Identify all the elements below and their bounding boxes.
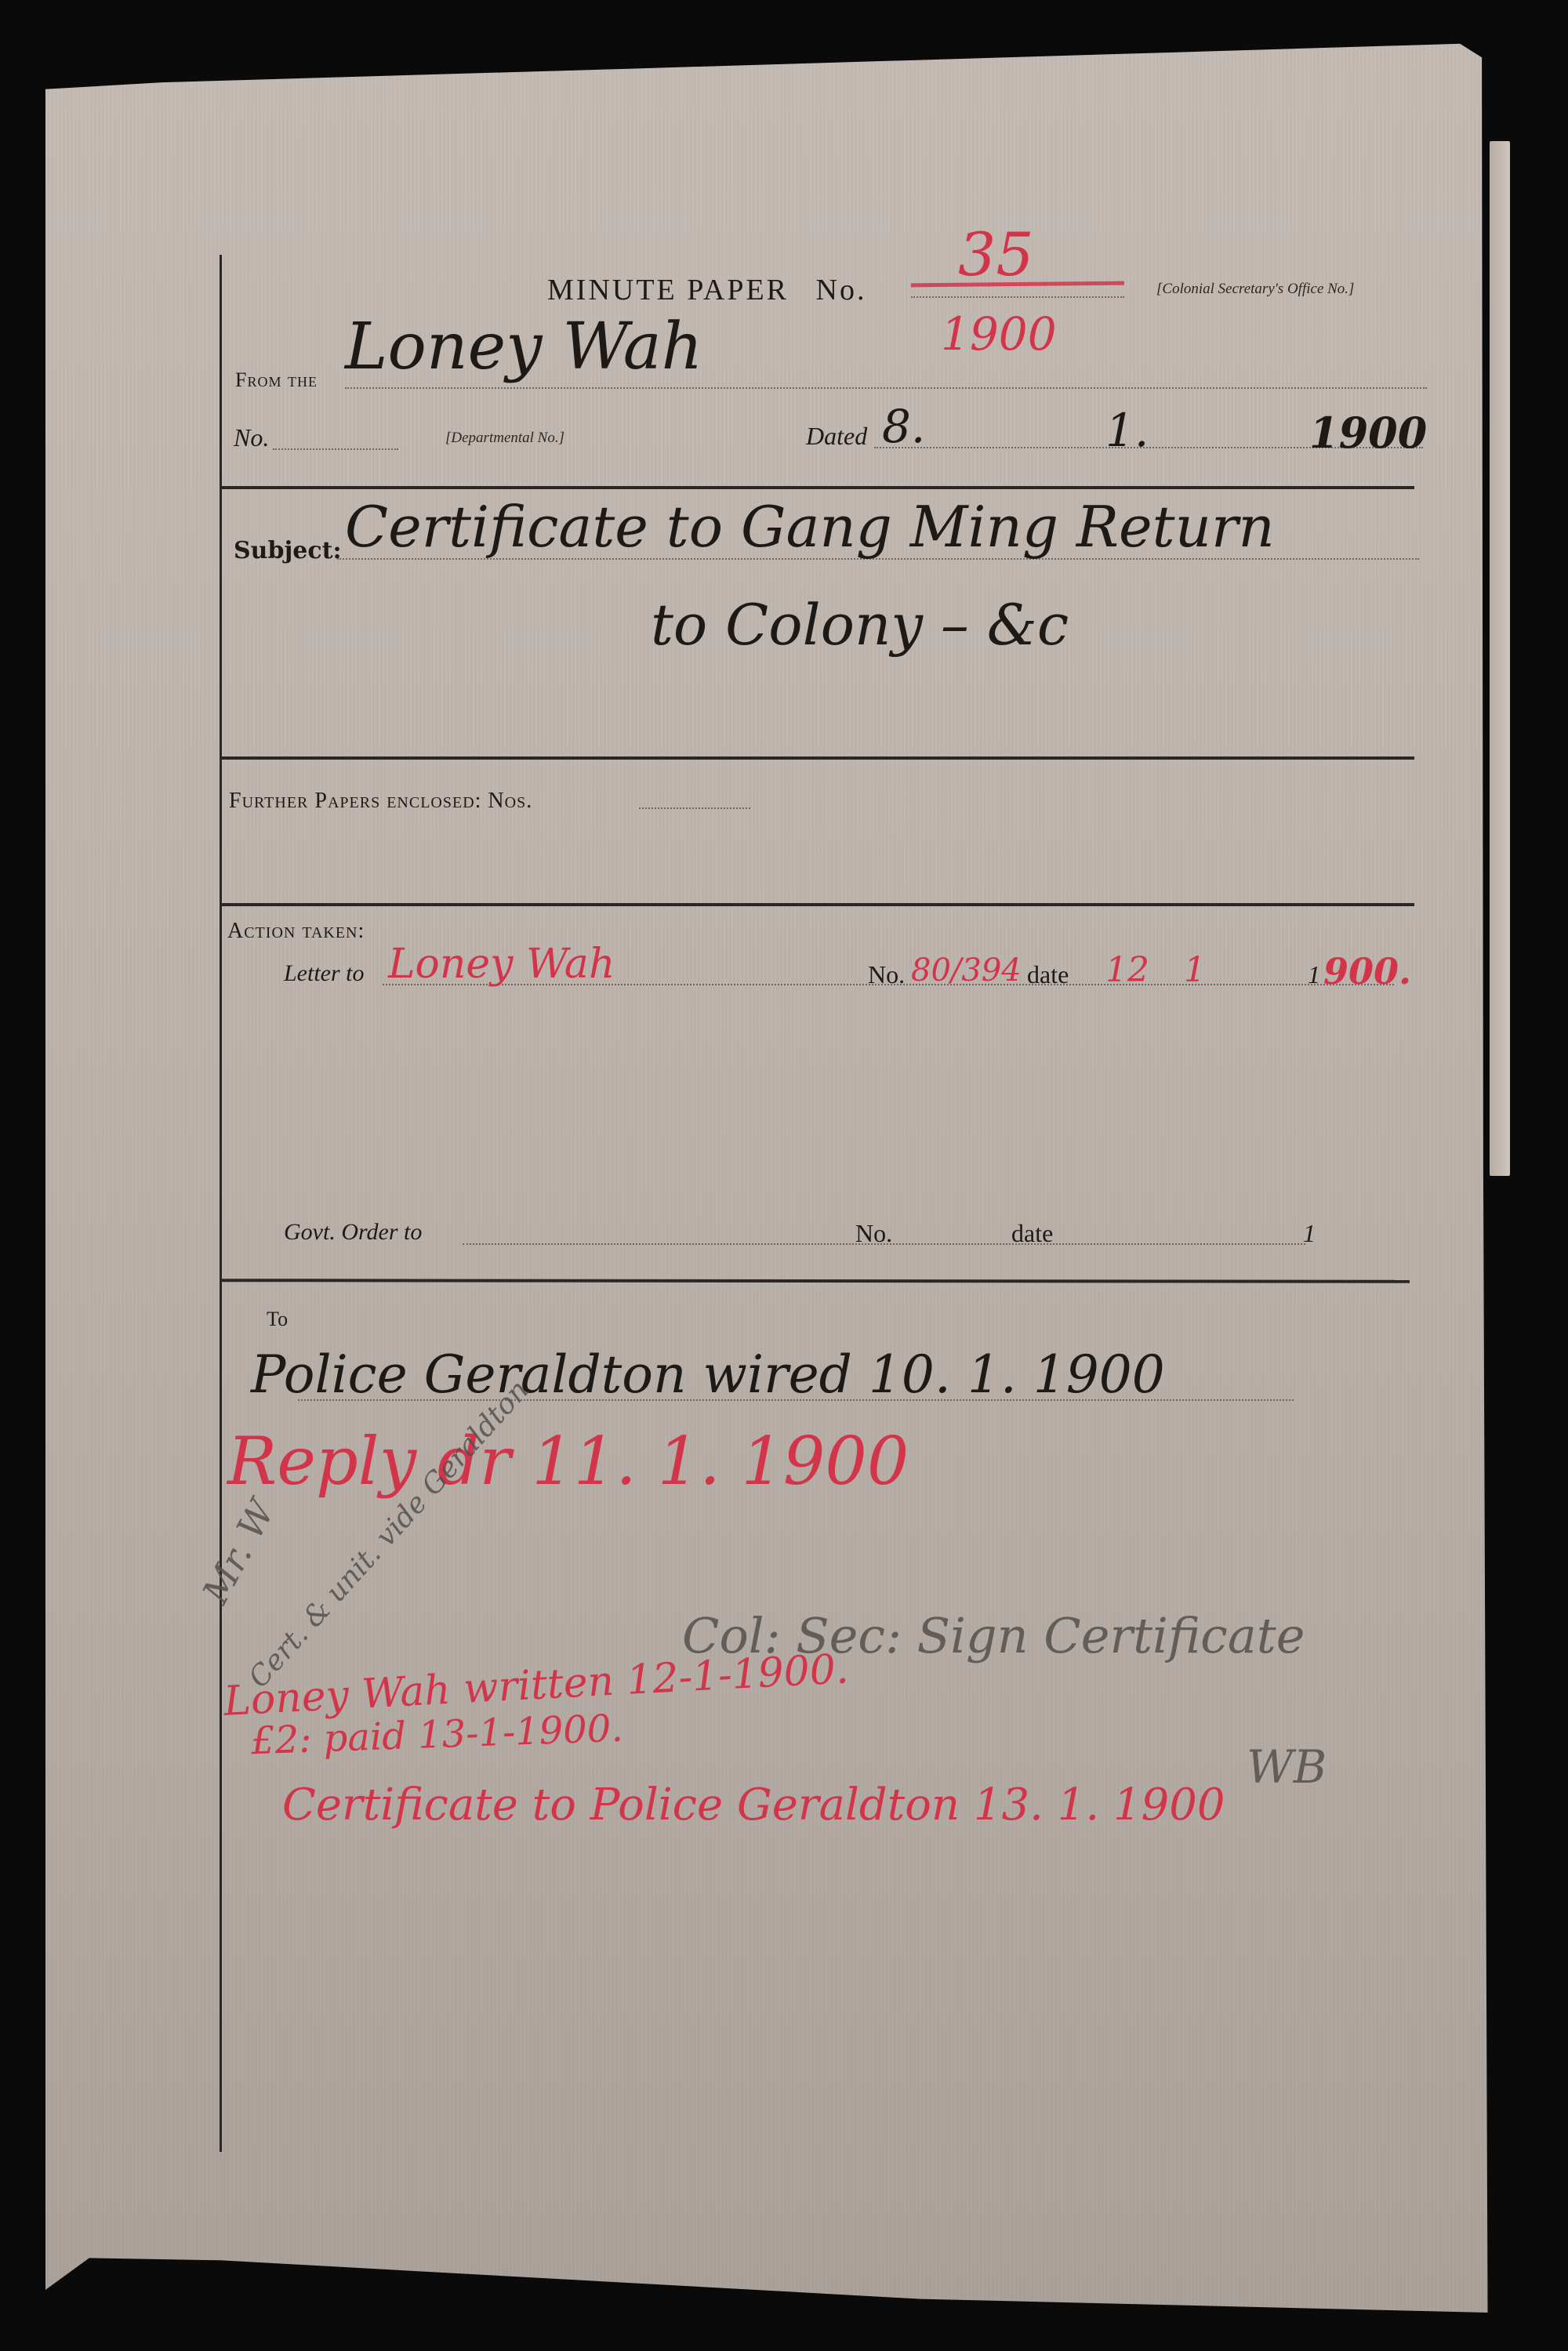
reply-line: Reply dr 11. 1. 1900 [227, 1423, 909, 1500]
red-note-certificate: Certificate to Police Geraldton 13. 1. 1… [282, 1780, 1225, 1830]
header-divider [221, 486, 1414, 489]
form-title: MINUTE PAPER No. [547, 273, 866, 307]
govt-year-prefix: 1 [1303, 1219, 1316, 1248]
subject-label: Subject: [234, 537, 342, 564]
subject-divider [221, 756, 1414, 760]
dated-label: Dated [806, 422, 867, 451]
dept-no-label: No. [234, 423, 269, 452]
letter-year-prefix: 1 [1308, 960, 1320, 989]
letter-to-value: Loney Wah [388, 941, 615, 988]
govt-no-label: No. [855, 1219, 892, 1248]
further-papers-label: Further Papers enclosed: Nos. [229, 789, 532, 814]
action-taken-label: Action taken: [227, 919, 365, 944]
minute-no-field [911, 296, 1124, 298]
govt-order-label: Govt. Order to [284, 1219, 422, 1246]
letter-date-day: 12 [1105, 950, 1149, 990]
letter-to-label: Letter to [284, 960, 365, 987]
from-value: Loney Wah [345, 310, 702, 384]
dated-year: 1900 [1309, 408, 1427, 458]
colonial-office-note: [Colonial Secretary's Office No.] [1156, 281, 1354, 298]
minute-year-value: 1900 [941, 307, 1057, 361]
minute-no-label: No. [816, 274, 867, 307]
torn-paper-edge [1490, 141, 1510, 1176]
minute-paper-title: MINUTE PAPER [547, 274, 789, 307]
dated-day: 8. [882, 400, 925, 453]
letter-date-month: 1 [1184, 950, 1206, 990]
to-line: Police Geraldton wired 10. 1. 1900 [251, 1344, 1165, 1405]
letter-no-value: 80/394 [911, 952, 1022, 989]
subject-line-1: Certificate to Gang Ming Return [345, 494, 1275, 560]
subject-line-2: to Colony – &c [651, 592, 1069, 658]
letter-date-label: date [1027, 960, 1069, 989]
pencil-initials: WB [1247, 1740, 1327, 1794]
from-label: From the [235, 368, 318, 392]
letter-date-year: 900. [1323, 950, 1411, 992]
further-papers-field [639, 807, 750, 809]
dept-no-field [273, 448, 398, 450]
to-label: To [267, 1308, 288, 1331]
left-margin-rule [220, 255, 222, 2152]
from-field [345, 387, 1427, 389]
minute-no-value: 35 [958, 219, 1034, 289]
dated-month: 1. [1105, 404, 1149, 457]
further-papers-divider [221, 903, 1414, 906]
dept-no-note: [Departmental No.] [445, 430, 564, 447]
govt-date-label: date [1011, 1219, 1053, 1248]
letter-no-label: No. [868, 960, 905, 989]
